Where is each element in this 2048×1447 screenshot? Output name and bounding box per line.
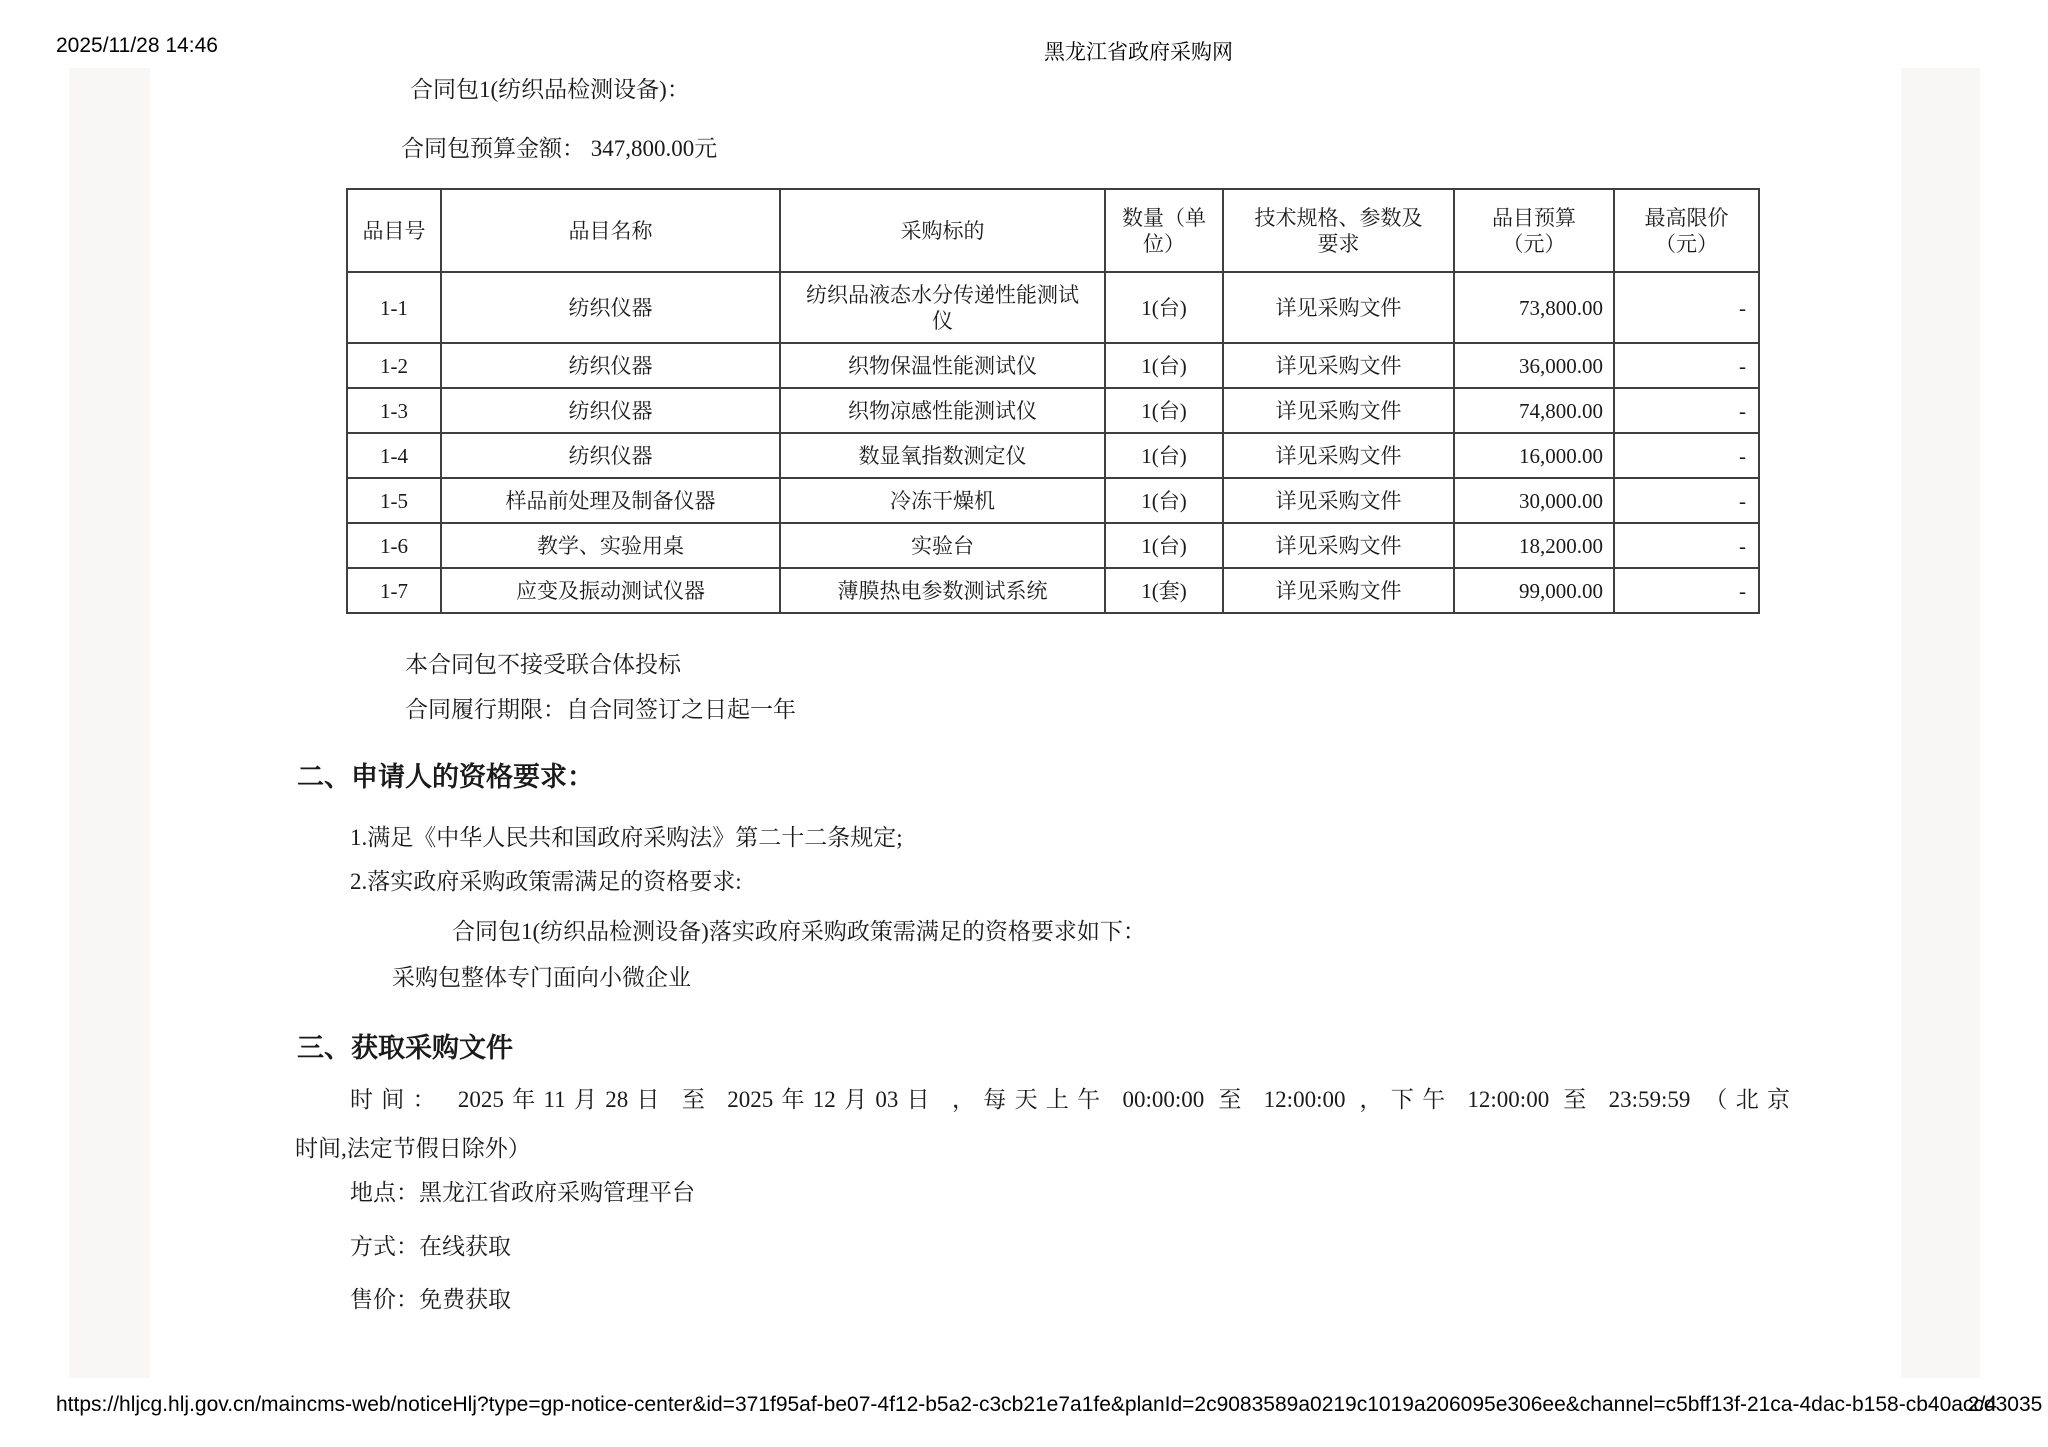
note-no-consortium: 本合同包不接受联合体投标 bbox=[405, 650, 681, 680]
table-cell: 样品前处理及制备仪器 bbox=[441, 478, 780, 523]
column-header: 品目名称 bbox=[441, 189, 780, 272]
table-cell: 30,000.00 bbox=[1454, 478, 1614, 523]
items-table: 品目号品目名称采购标的数量（单 位）技术规格、参数及 要求品目预算 （元）最高限… bbox=[346, 188, 1760, 614]
table-cell: 纺织仪器 bbox=[441, 272, 780, 343]
table-cell: 99,000.00 bbox=[1454, 568, 1614, 613]
print-header-title: 黑龙江省政府采购网 bbox=[1044, 36, 1233, 66]
table-cell: 详见采购文件 bbox=[1223, 272, 1454, 343]
section3-time-line1: 时间： 2025年11月28日 至 2025年12月03日 ，每天上午 00:0… bbox=[295, 1085, 1790, 1115]
table-cell: 1-2 bbox=[347, 343, 441, 388]
table-row: 1-6教学、实验用桌实验台1(台)详见采购文件18,200.00- bbox=[347, 523, 1759, 568]
table-cell: 详见采购文件 bbox=[1223, 433, 1454, 478]
table-cell: 1(台) bbox=[1105, 272, 1223, 343]
column-header: 数量（单 位） bbox=[1105, 189, 1223, 272]
items-table-header: 品目号品目名称采购标的数量（单 位）技术规格、参数及 要求品目预算 （元）最高限… bbox=[347, 189, 1759, 272]
section3-time-line2: 时间,法定节假日除外） bbox=[295, 1134, 531, 1164]
table-cell: 详见采购文件 bbox=[1223, 523, 1454, 568]
section3-price: 售价：免费获取 bbox=[350, 1285, 511, 1315]
table-cell: - bbox=[1614, 433, 1759, 478]
section3-heading: 三、获取采购文件 bbox=[297, 1031, 513, 1065]
table-cell: 纺织仪器 bbox=[441, 388, 780, 433]
table-row: 1-7应变及振动测试仪器薄膜热电参数测试系统1(套)详见采购文件99,000.0… bbox=[347, 568, 1759, 613]
table-row: 1-4纺织仪器数显氧指数测定仪1(台)详见采购文件16,000.00- bbox=[347, 433, 1759, 478]
column-header: 最高限价 （元） bbox=[1614, 189, 1759, 272]
table-cell: 1-3 bbox=[347, 388, 441, 433]
items-table-grid: 品目号品目名称采购标的数量（单 位）技术规格、参数及 要求品目预算 （元）最高限… bbox=[346, 188, 1760, 614]
column-header: 品目预算 （元） bbox=[1454, 189, 1614, 272]
section3-location: 地点：黑龙江省政府采购管理平台 bbox=[350, 1178, 695, 1208]
print-footer-page-indicator: 2/4 bbox=[1968, 1393, 1997, 1417]
table-cell: 1-4 bbox=[347, 433, 441, 478]
section3-method: 方式：在线获取 bbox=[350, 1232, 511, 1262]
table-cell: - bbox=[1614, 343, 1759, 388]
table-cell: 1(台) bbox=[1105, 478, 1223, 523]
table-cell: 1-5 bbox=[347, 478, 441, 523]
table-cell: 纺织仪器 bbox=[441, 343, 780, 388]
print-footer-url: https://hljcg.hlj.gov.cn/maincms-web/not… bbox=[56, 1393, 2042, 1417]
table-cell: 36,000.00 bbox=[1454, 343, 1614, 388]
table-cell: 薄膜热电参数测试系统 bbox=[780, 568, 1105, 613]
table-cell: 冷冻干燥机 bbox=[780, 478, 1105, 523]
table-cell: 16,000.00 bbox=[1454, 433, 1614, 478]
package-title: 合同包1(纺织品检测设备)： bbox=[410, 75, 690, 105]
section2-item1: 1.满足《中华人民共和国政府采购法》第二十二条规定; bbox=[350, 823, 903, 853]
table-cell: 织物凉感性能测试仪 bbox=[780, 388, 1105, 433]
header-row: 品目号品目名称采购标的数量（单 位）技术规格、参数及 要求品目预算 （元）最高限… bbox=[347, 189, 1759, 272]
table-cell: 1-1 bbox=[347, 272, 441, 343]
section2-item2: 2.落实政府采购政策需满足的资格要求: bbox=[350, 867, 742, 897]
column-header: 品目号 bbox=[347, 189, 441, 272]
section2-sub1: 合同包1(纺织品检测设备)落实政府采购政策需满足的资格要求如下： bbox=[452, 917, 1146, 947]
items-table-body: 1-1纺织仪器纺织品液态水分传递性能测试 仪1(台)详见采购文件73,800.0… bbox=[347, 272, 1759, 613]
table-cell: 1(台) bbox=[1105, 433, 1223, 478]
table-cell: 应变及振动测试仪器 bbox=[441, 568, 780, 613]
table-cell: 1-7 bbox=[347, 568, 441, 613]
table-cell: 73,800.00 bbox=[1454, 272, 1614, 343]
print-preview-page: { "colors":{ "page_background":"#f8f7f5"… bbox=[0, 0, 2048, 1447]
print-header-datetime: 2025/11/28 14:46 bbox=[56, 34, 218, 58]
table-cell: 详见采购文件 bbox=[1223, 478, 1454, 523]
table-cell: 详见采购文件 bbox=[1223, 568, 1454, 613]
table-cell: 1(台) bbox=[1105, 388, 1223, 433]
table-cell: 实验台 bbox=[780, 523, 1105, 568]
table-cell: - bbox=[1614, 523, 1759, 568]
table-cell: 1(台) bbox=[1105, 343, 1223, 388]
table-cell: 纺织仪器 bbox=[441, 433, 780, 478]
table-cell: 18,200.00 bbox=[1454, 523, 1614, 568]
table-cell: 纺织品液态水分传递性能测试 仪 bbox=[780, 272, 1105, 343]
table-row: 1-3纺织仪器织物凉感性能测试仪1(台)详见采购文件74,800.00- bbox=[347, 388, 1759, 433]
column-header: 技术规格、参数及 要求 bbox=[1223, 189, 1454, 272]
table-row: 1-2纺织仪器织物保温性能测试仪1(台)详见采购文件36,000.00- bbox=[347, 343, 1759, 388]
table-cell: - bbox=[1614, 478, 1759, 523]
table-cell: 1(套) bbox=[1105, 568, 1223, 613]
table-cell: 详见采购文件 bbox=[1223, 388, 1454, 433]
table-cell: - bbox=[1614, 388, 1759, 433]
table-row: 1-5样品前处理及制备仪器冷冻干燥机1(台)详见采购文件30,000.00- bbox=[347, 478, 1759, 523]
page-background-right-strip bbox=[1901, 68, 1980, 1378]
table-cell: - bbox=[1614, 272, 1759, 343]
table-cell: 详见采购文件 bbox=[1223, 343, 1454, 388]
table-cell: 1(台) bbox=[1105, 523, 1223, 568]
table-cell: 数显氧指数测定仪 bbox=[780, 433, 1105, 478]
package-budget: 合同包预算金额： 347,800.00元 bbox=[401, 134, 717, 164]
table-cell: 教学、实验用桌 bbox=[441, 523, 780, 568]
table-cell: 74,800.00 bbox=[1454, 388, 1614, 433]
column-header: 采购标的 bbox=[780, 189, 1105, 272]
section2-heading: 二、申请人的资格要求： bbox=[297, 760, 594, 794]
table-cell: 1-6 bbox=[347, 523, 441, 568]
note-contract-period: 合同履行期限：自合同签订之日起一年 bbox=[405, 695, 796, 725]
table-row: 1-1纺织仪器纺织品液态水分传递性能测试 仪1(台)详见采购文件73,800.0… bbox=[347, 272, 1759, 343]
table-cell: - bbox=[1614, 568, 1759, 613]
page-background-left-strip bbox=[69, 68, 150, 1378]
section2-sub2: 采购包整体专门面向小微企业 bbox=[392, 963, 691, 993]
table-cell: 织物保温性能测试仪 bbox=[780, 343, 1105, 388]
